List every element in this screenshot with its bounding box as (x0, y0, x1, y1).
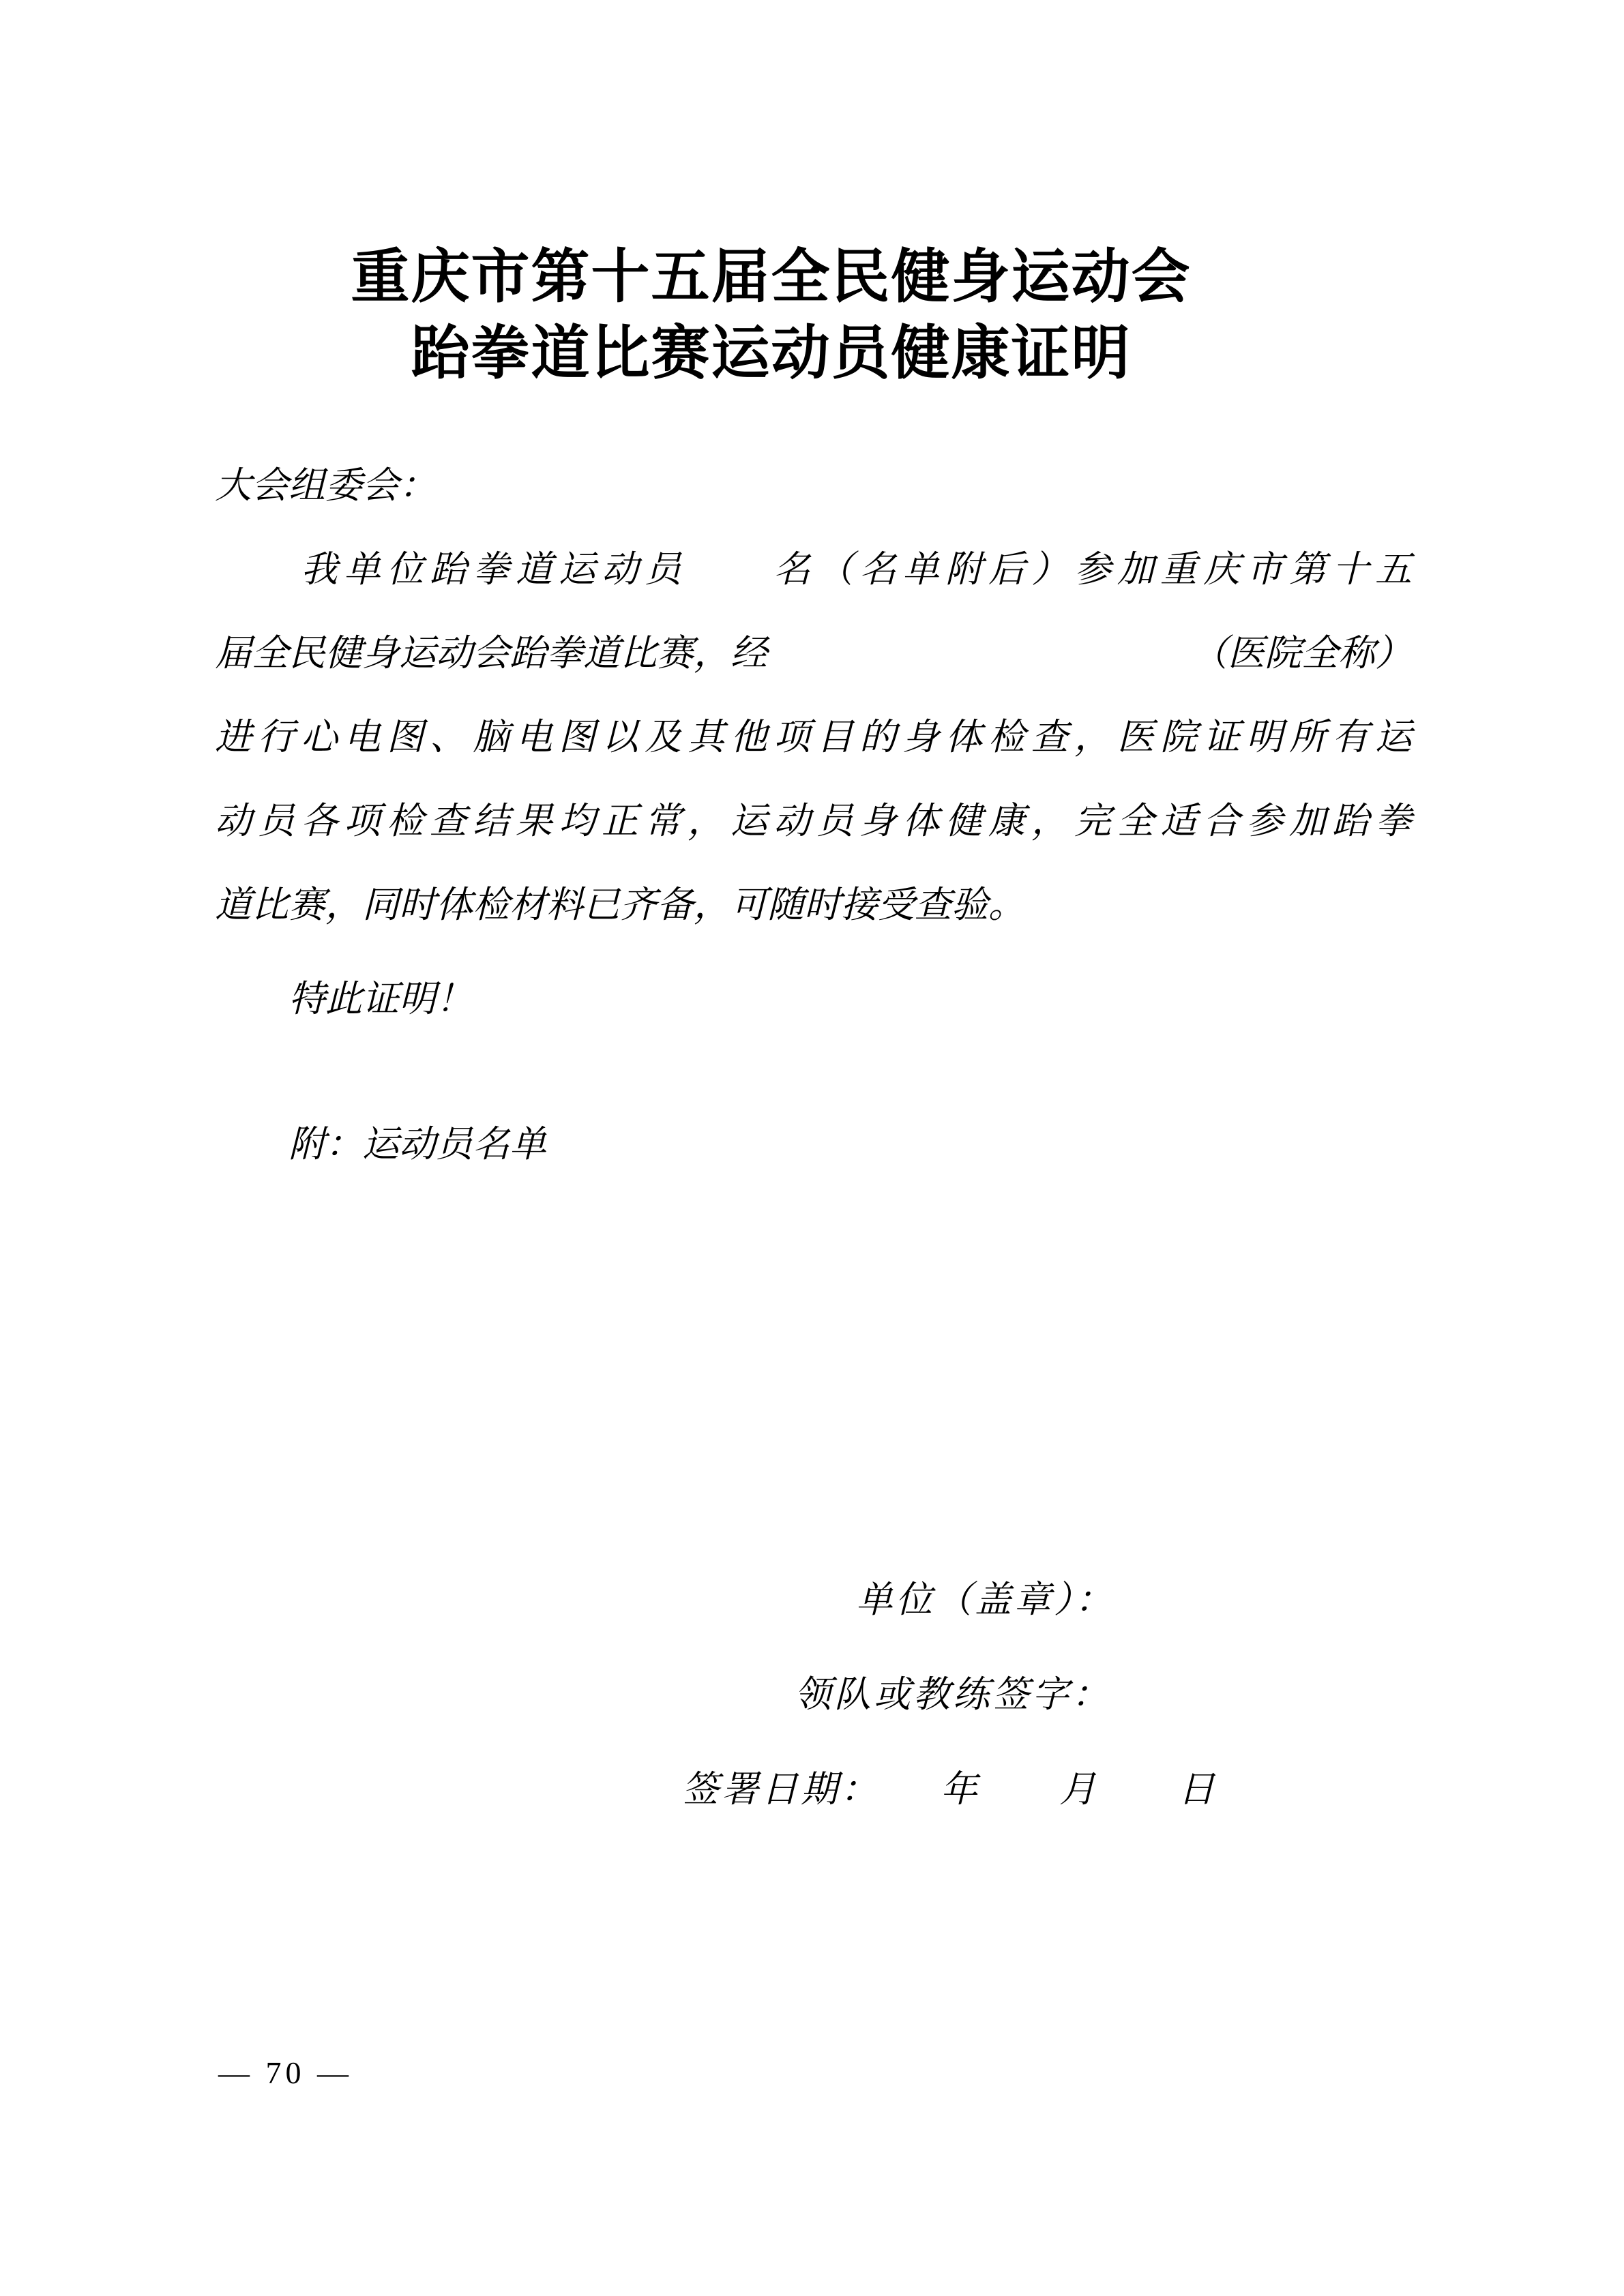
document-title-line1: 重庆市第十五届全民健身运动会 (0, 239, 1542, 315)
document-title-line2: 跆拳道比赛运动员健康证明 (0, 315, 1542, 391)
closing-statement: 特此证明！ (215, 957, 1412, 1041)
paragraph-line-3: 进行心电图、脑电图以及其他项目的身体检查，医院证明所有运 (215, 696, 1412, 779)
document-body: 大会组委会： 我单位跆拳道运动员 名（名单附后）参加重庆市第十五 届全民健身运动… (215, 444, 1412, 1187)
hospital-name-label: （医院全称） (1191, 612, 1412, 696)
attachment-note: 附：运动员名单 (215, 1103, 1412, 1187)
paragraph-line-2-left: 届全民健身运动会跆拳道比赛，经 (215, 612, 767, 696)
signature-unit-seal: 单位（盖章）： (682, 1553, 1432, 1648)
page-number: — 70 — (218, 2053, 353, 2093)
signature-date: 签署日期： 年 月 日 (682, 1742, 1432, 1837)
document-page: 重庆市第十五届全民健身运动会 跆拳道比赛运动员健康证明 大会组委会： 我单位跆拳… (0, 0, 1624, 2296)
paragraph-line-5: 道比赛，同时体检材料已齐备，可随时接受查验。 (215, 863, 1412, 947)
paragraph-line-4: 动员各项检查结果均正常，运动员身体健康，完全适合参加跆拳 (215, 779, 1412, 863)
salutation: 大会组委会： (215, 444, 1412, 528)
signature-leader-or-coach: 领队或教练签字： (682, 1648, 1432, 1742)
paragraph-line-1: 我单位跆拳道运动员 名（名单附后）参加重庆市第十五 (215, 528, 1412, 612)
document-title: 重庆市第十五届全民健身运动会 跆拳道比赛运动员健康证明 (0, 239, 1624, 391)
signature-block: 单位（盖章）： 领队或教练签字： 签署日期： 年 月 日 (682, 1553, 1432, 1837)
paragraph-line-2: 届全民健身运动会跆拳道比赛，经 （医院全称） (215, 612, 1412, 696)
